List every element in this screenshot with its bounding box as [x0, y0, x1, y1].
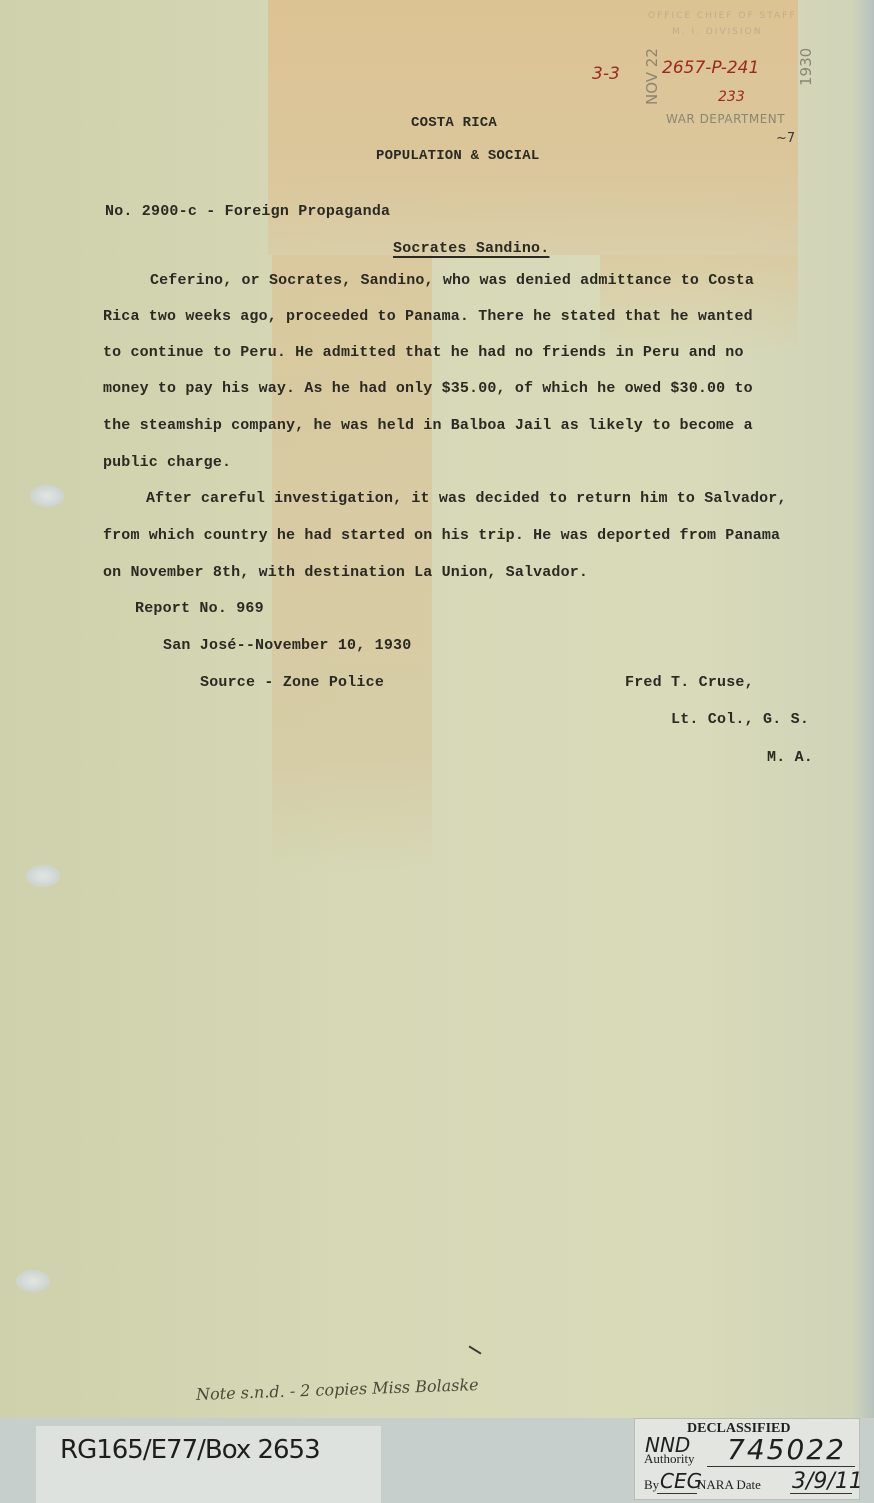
paragraph-line: public charge. — [103, 454, 231, 471]
place-date: San José--November 10, 1930 — [163, 637, 411, 654]
paragraph-line: Rica two weeks ago, proceeded to Panama.… — [103, 308, 753, 325]
by-label: By — [644, 1477, 659, 1493]
report-number: Report No. 969 — [135, 600, 264, 617]
report-title: Socrates Sandino. — [393, 240, 549, 257]
paragraph-line: to continue to Peru. He admitted that he… — [103, 344, 744, 361]
country-heading: COSTA RICA — [411, 115, 497, 131]
handwritten-mark: ~7 — [776, 131, 795, 146]
paragraph-line: Ceferino, or Socrates, Sandino, who was … — [150, 272, 754, 289]
signature-name: Fred T. Cruse, — [625, 674, 754, 691]
stamp-faint-header: OFFICE CHIEF OF STAFF — [648, 11, 797, 21]
authority-underline — [707, 1466, 855, 1467]
source-line: Source - Zone Police — [200, 674, 384, 691]
punch-hole — [16, 1270, 50, 1292]
punch-hole — [26, 865, 60, 887]
by-underline — [657, 1493, 697, 1494]
war-department-stamp: WAR DEPARTMENT — [666, 112, 785, 126]
category-heading: POPULATION & SOCIAL — [376, 148, 539, 164]
signature-title: M. A. — [767, 749, 813, 766]
authority-label: Authority — [644, 1451, 695, 1467]
handwritten-file-prefix: 3-3 — [592, 64, 620, 84]
paragraph-line: money to pay his way. As he had only $35… — [103, 380, 753, 397]
date-value: 3/9/11 — [792, 1469, 863, 1494]
signature-rank: Lt. Col., G. S. — [671, 711, 809, 728]
declassified-stamp: DECLASSIFIED NND Authority 745022 By CEG… — [634, 1418, 860, 1500]
date-stamp-month-day: NOV 22 — [643, 48, 661, 105]
handwritten-file-number: 2657-P-241 — [662, 58, 759, 78]
archive-label: RG165/E77/Box 2653 — [60, 1435, 320, 1465]
authority-value: 745022 — [727, 1433, 846, 1466]
paragraph-line: After careful investigation, it was deci… — [146, 490, 787, 507]
paragraph-line: on November 8th, with destination La Uni… — [103, 564, 588, 581]
nara-date-label: NARA Date — [697, 1477, 761, 1493]
handwritten-sub-number: 233 — [718, 89, 745, 105]
paper-edge — [852, 0, 874, 1418]
subject-line: No. 2900-c - Foreign Propaganda — [105, 203, 390, 220]
date-underline — [790, 1493, 852, 1494]
paragraph-line: the steamship company, he was held in Ba… — [103, 417, 753, 434]
paper-stain — [600, 255, 798, 355]
stamp-faint-header: M. I. DIVISION — [672, 27, 762, 37]
date-stamp-year: 1930 — [797, 48, 815, 86]
punch-hole — [30, 485, 64, 507]
by-value: CEG — [660, 1469, 702, 1493]
paragraph-line: from which country he had started on his… — [103, 527, 780, 544]
